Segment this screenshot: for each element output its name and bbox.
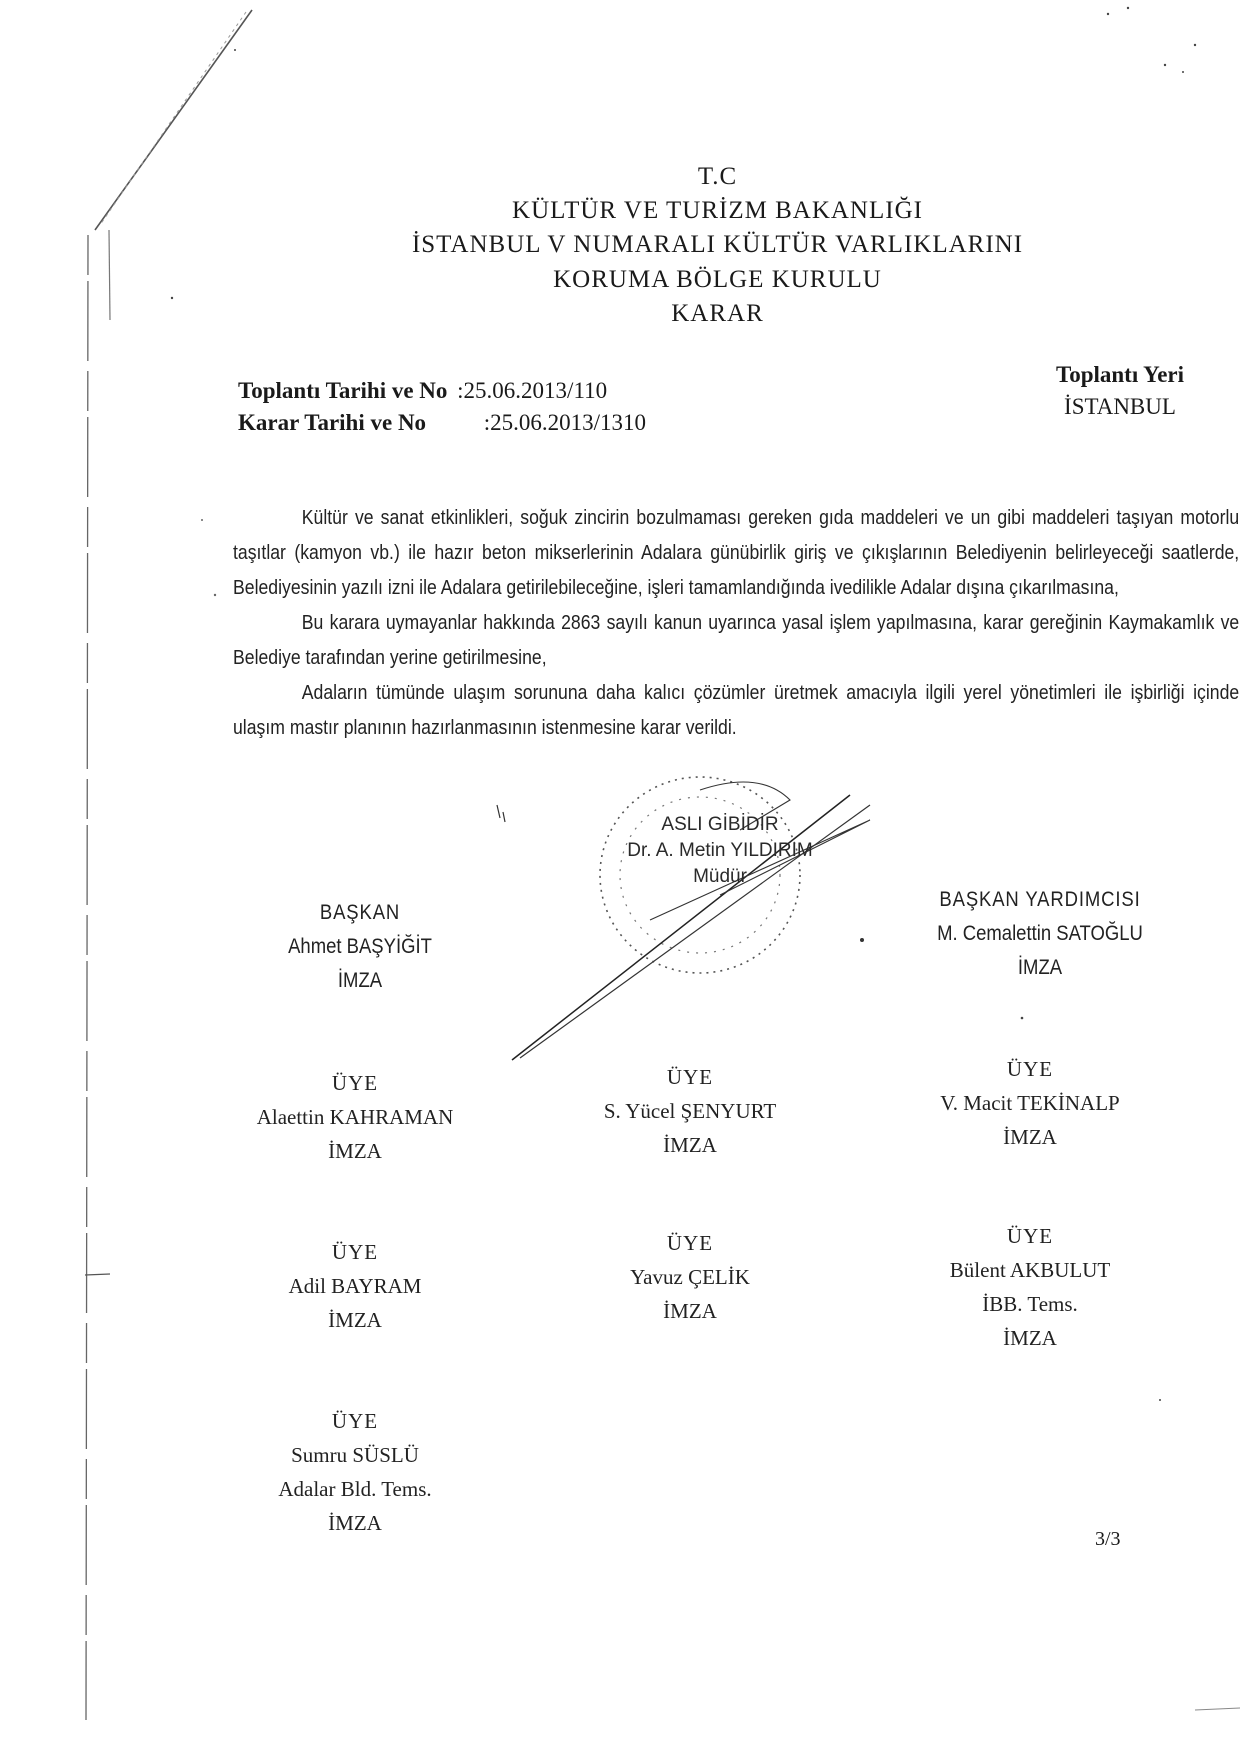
signatory-member-3: ÜYE V. Macit TEKİNALP İMZA	[880, 1052, 1180, 1154]
signatory-sign: İMZA	[540, 1294, 840, 1328]
header-board-line1: İSTANBUL V NUMARALI KÜLTÜR VARLIKLARINI	[0, 232, 1240, 257]
meeting-date-label: Toplantı Tarihi ve No	[238, 378, 447, 403]
signatory-role: ÜYE	[880, 1052, 1180, 1086]
signatory-role: ÜYE	[880, 1219, 1180, 1253]
signatory-sign: İMZA	[228, 964, 492, 998]
signatory-sign: İMZA	[880, 1321, 1180, 1355]
signatory-vice-chairman: BAŞKAN YARDIMCISI M. Cemalettin SATOĞLU …	[899, 883, 1181, 985]
stamp: ASLI GİBİDİR Dr. A. Metin YILDIRIM Müdür	[580, 812, 860, 890]
header-tc: T.C	[0, 164, 1240, 189]
signatory-member-7: ÜYE Sumru SÜSLÜ Adalar Bld. Tems. İMZA	[205, 1404, 505, 1540]
signatory-role: ÜYE	[540, 1226, 840, 1260]
signatory-name: Yavuz ÇELİK	[540, 1260, 840, 1294]
header-ministry: KÜLTÜR VE TURİZM BAKANLIĞI	[0, 198, 1240, 223]
stamp-line-1: ASLI GİBİDİR	[580, 812, 860, 838]
signatory-sign: İMZA	[205, 1134, 505, 1168]
signatory-member-2: ÜYE S. Yücel ŞENYURT İMZA	[540, 1060, 840, 1162]
signatory-name: M. Cemalettin SATOĞLU	[899, 917, 1181, 951]
signatory-name: Bülent AKBULUT	[880, 1253, 1180, 1287]
signatory-sign: İMZA	[205, 1506, 505, 1540]
stamp-line-3: Müdür	[580, 864, 860, 890]
meeting-date-row: Toplantı Tarihi ve No :25.06.2013/110	[238, 378, 607, 404]
signatory-member-4: ÜYE Adil BAYRAM İMZA	[205, 1235, 505, 1337]
stamp-line-2: Dr. A. Metin YILDIRIM	[580, 838, 860, 864]
signatory-sign: İMZA	[205, 1303, 505, 1337]
body-paragraph-2: Bu karara uymayanlar hakkında 2863 sayıl…	[233, 605, 1239, 675]
signatory-name: Adil BAYRAM	[205, 1269, 505, 1303]
decision-date-value: :25.06.2013/1310	[484, 410, 646, 435]
signatory-sign: İMZA	[880, 1120, 1180, 1154]
signatory-chairman: BAŞKAN Ahmet BAŞYİĞİT İMZA	[228, 896, 492, 998]
signatory-extra: İBB. Tems.	[880, 1287, 1180, 1321]
signatory-role: ÜYE	[205, 1235, 505, 1269]
signatory-role: BAŞKAN YARDIMCISI	[899, 883, 1181, 917]
signatory-member-5: ÜYE Yavuz ÇELİK İMZA	[540, 1226, 840, 1328]
header-decision: KARAR	[0, 301, 1240, 326]
signatory-sign: İMZA	[540, 1128, 840, 1162]
meeting-place-value: İSTANBUL	[1020, 394, 1220, 420]
header-board-line2: KORUMA BÖLGE KURULU	[0, 267, 1240, 292]
signatory-name: S. Yücel ŞENYURT	[540, 1094, 840, 1128]
signatory-sign: İMZA	[899, 951, 1181, 985]
signatory-role: ÜYE	[205, 1066, 505, 1100]
meeting-date-value: :25.06.2013/110	[457, 378, 607, 403]
signatory-name: Ahmet BAŞYİĞİT	[228, 930, 492, 964]
signatory-member-6: ÜYE Bülent AKBULUT İBB. Tems. İMZA	[880, 1219, 1180, 1355]
signatory-role: ÜYE	[205, 1404, 505, 1438]
decision-body: Kültür ve sanat etkinlikleri, soğuk zinc…	[233, 500, 1239, 745]
signatory-member-1: ÜYE Alaettin KAHRAMAN İMZA	[205, 1066, 505, 1168]
signatory-name: Sumru SÜSLÜ	[205, 1438, 505, 1472]
signatory-name: Alaettin KAHRAMAN	[205, 1100, 505, 1134]
body-paragraph-1: Kültür ve sanat etkinlikleri, soğuk zinc…	[233, 500, 1239, 605]
page-number: 3/3	[1095, 1528, 1121, 1551]
meeting-place-label: Toplantı Yeri	[1020, 362, 1220, 388]
body-paragraph-3: Adaların tümünde ulaşım sorununa daha ka…	[233, 675, 1239, 745]
signatory-name: V. Macit TEKİNALP	[880, 1086, 1180, 1120]
decision-date-row: Karar Tarihi ve No :25.06.2013/1310	[238, 410, 646, 436]
signatory-extra: Adalar Bld. Tems.	[205, 1472, 505, 1506]
meeting-place-label-text: Toplantı Yeri	[1056, 362, 1184, 387]
decision-date-label: Karar Tarihi ve No	[238, 410, 478, 436]
signatory-role: BAŞKAN	[228, 896, 492, 930]
signatory-role: ÜYE	[540, 1060, 840, 1094]
